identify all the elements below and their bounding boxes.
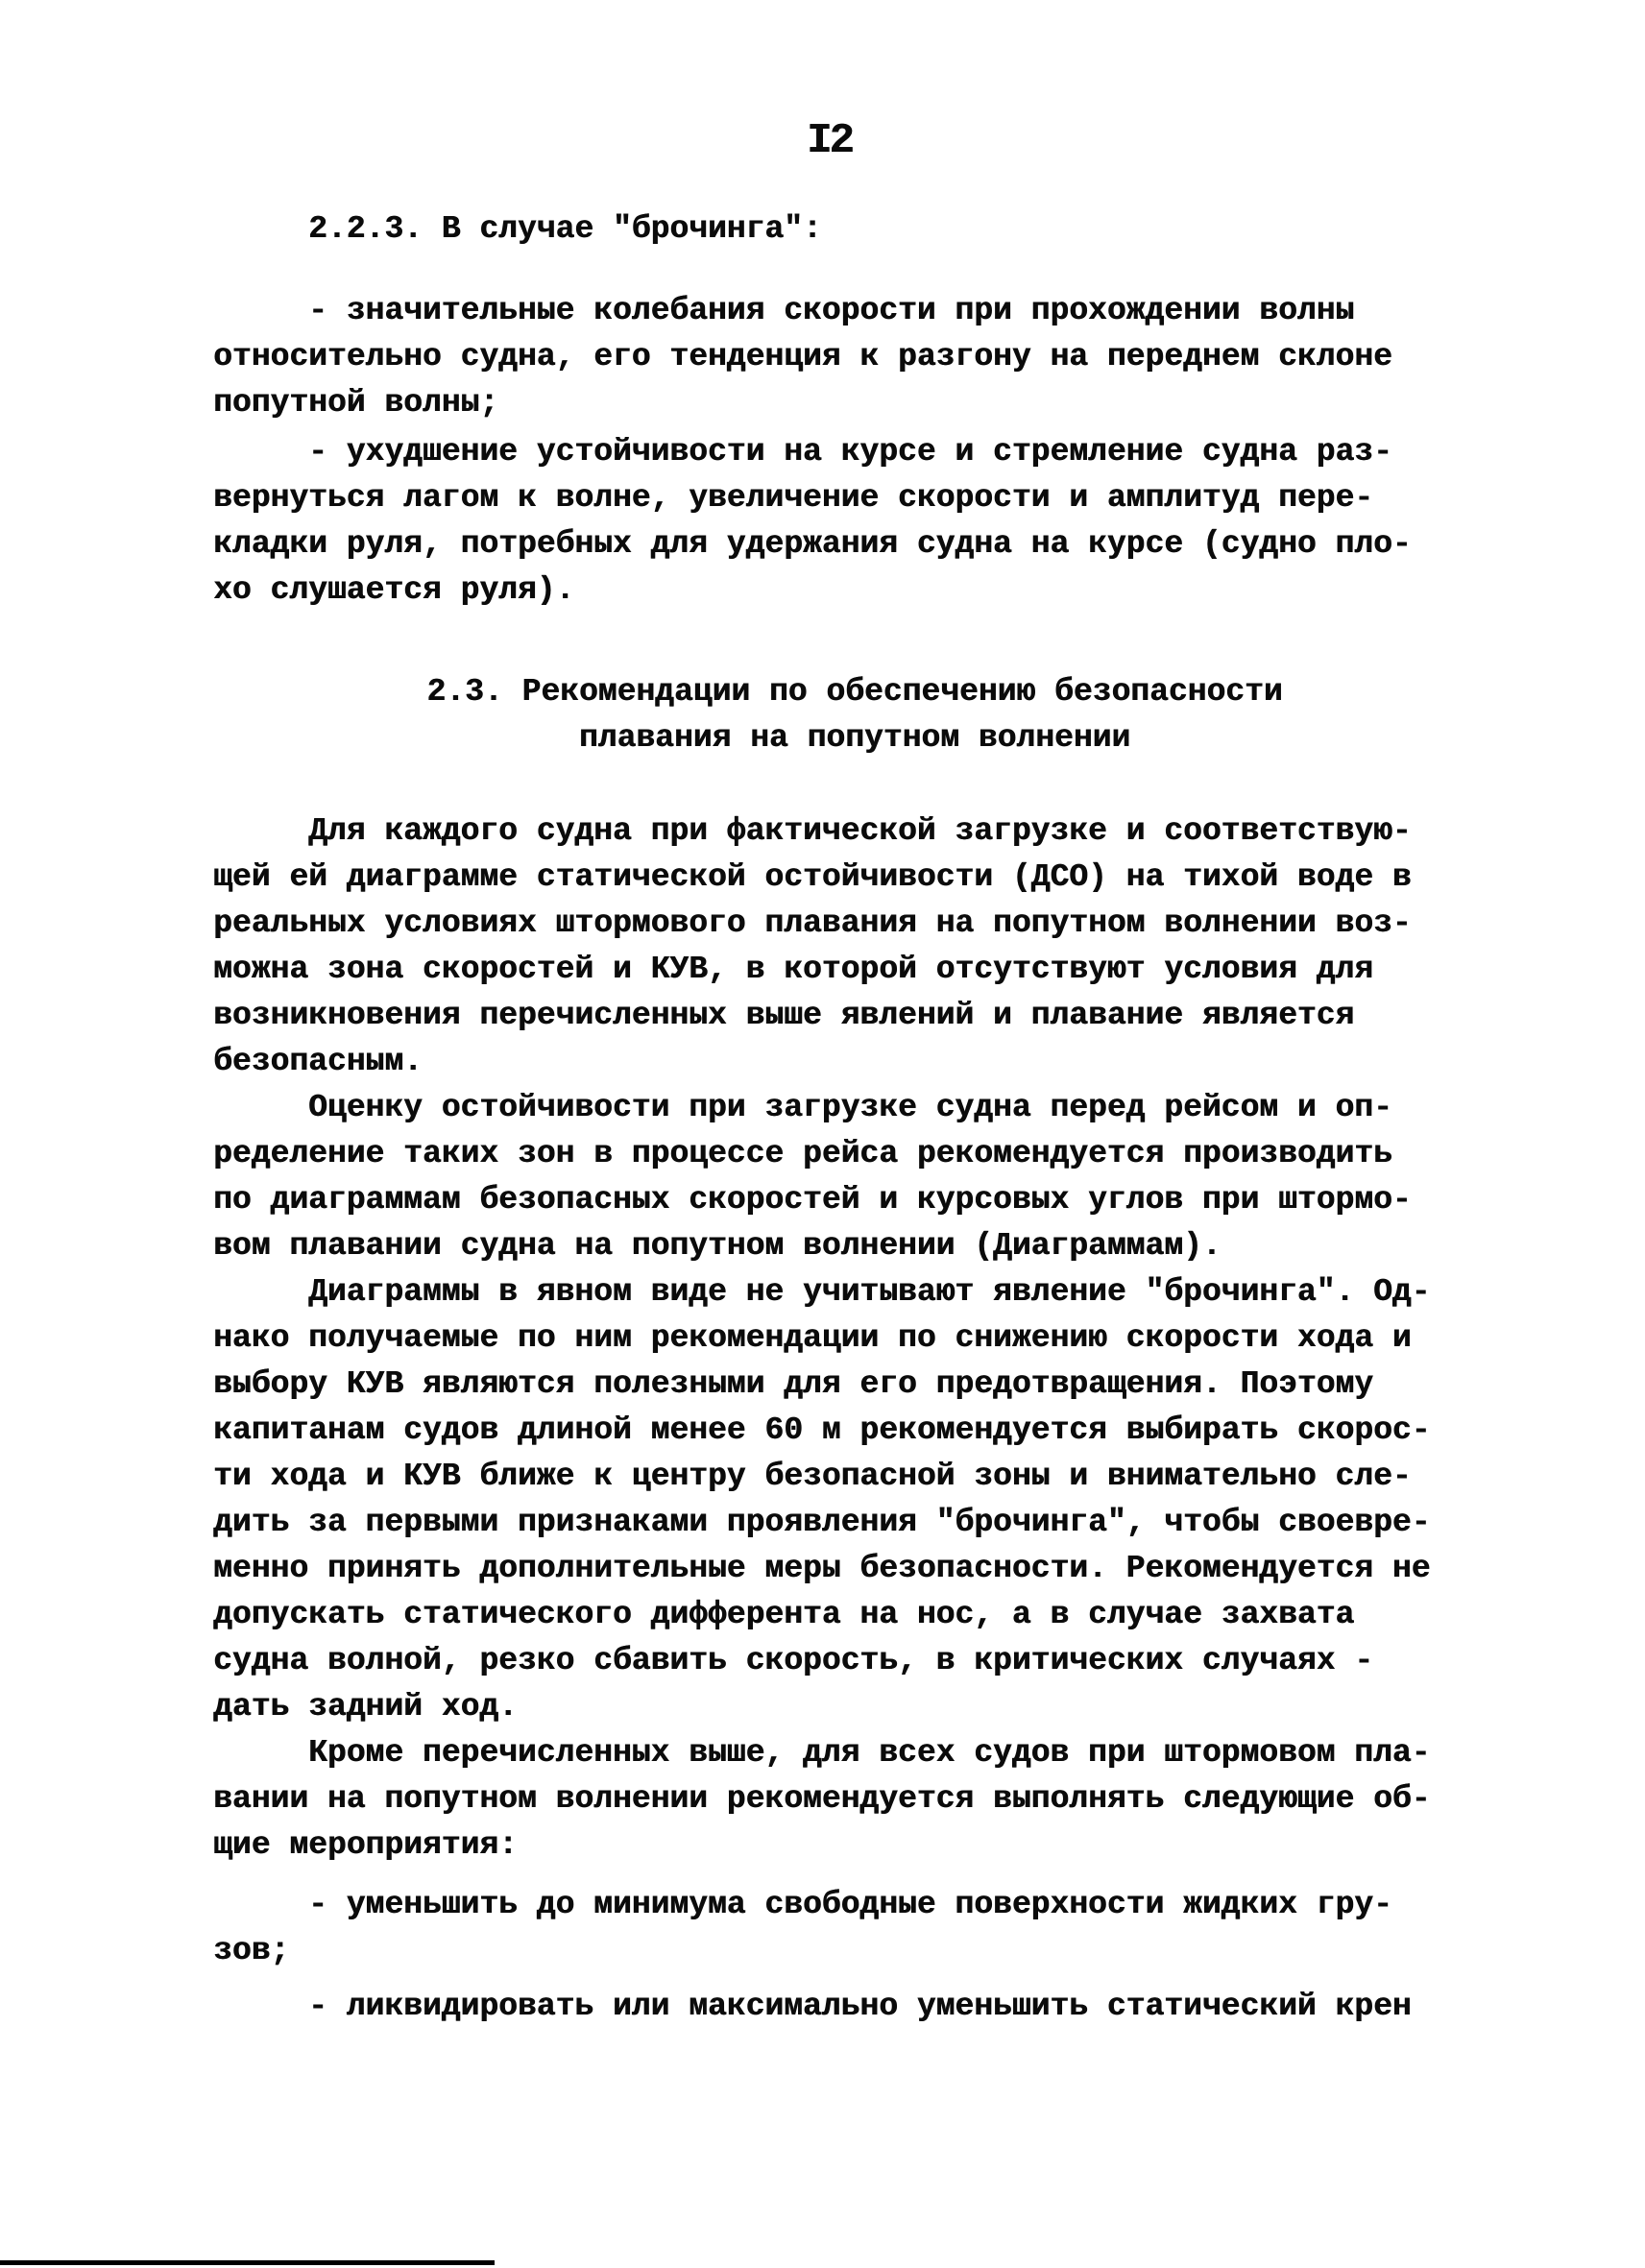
heading-2-3: 2.3. Рекомендации по обеспечению безопас… (213, 669, 1496, 761)
bullet-static-heel: - ликвидировать или максимально уменьшит… (213, 1984, 1496, 2030)
text-line: ределение таких зон в процессе рейса рек… (213, 1131, 1496, 1177)
text-line: по диаграммам безопасных скоростей и кур… (213, 1177, 1496, 1223)
text-line: Для каждого судна при фактической загруз… (213, 808, 1496, 855)
text-line: - ликвидировать или максимально уменьшит… (213, 1984, 1496, 2030)
text-line: дать задний ход. (213, 1684, 1496, 1730)
text-column: 2.2.3. В случае "брочинга":- значительны… (213, 206, 1496, 2030)
paragraph-general-measures-intro: Кроме перечисленных выше, для всех судов… (213, 1730, 1496, 1869)
text-line: выбору КУВ являются полезными для его пр… (213, 1362, 1496, 1408)
text-line: зов; (213, 1928, 1496, 1974)
text-line: - ухудшение устойчивости на курсе и стре… (213, 429, 1496, 475)
text-line: Оценку остойчивости при загрузке судна п… (213, 1085, 1496, 1131)
document-page: I2 2.2.3. В случае "брочинга":- значител… (0, 0, 1645, 2268)
text-line: нако получаемые по ним рекомендации по с… (213, 1315, 1496, 1362)
text-line: 2.3. Рекомендации по обеспечению безопас… (213, 669, 1496, 715)
text-line: попутной волны; (213, 380, 1496, 426)
page-number: I2 (807, 117, 852, 165)
text-line: хо слушается руля). (213, 567, 1496, 614)
text-line: вом плавании судна на попутном волнении … (213, 1223, 1496, 1269)
text-line: - уменьшить до минимума свободные поверх… (213, 1882, 1496, 1928)
bullet-free-surfaces: - уменьшить до минимума свободные поверх… (213, 1882, 1496, 1974)
text-line: капитанам судов длиной менее 60 м рекоме… (213, 1408, 1496, 1454)
scan-artifact-line (0, 2260, 495, 2265)
text-line: безопасным. (213, 1039, 1496, 1085)
text-line: возникновения перечисленных выше явлений… (213, 993, 1496, 1039)
bullet-speed-oscillations: - значительные колебания скорости при пр… (213, 288, 1496, 426)
text-line: Диаграммы в явном виде не учитывают явле… (213, 1269, 1496, 1315)
text-line: можна зона скоростей и КУВ, в которой от… (213, 947, 1496, 993)
text-line: судна волной, резко сбавить скорость, в … (213, 1638, 1496, 1684)
text-line: плавания на попутном волнении (213, 715, 1496, 761)
paragraph-stability-assessment: Оценку остойчивости при загрузке судна п… (213, 1085, 1496, 1269)
text-line: допускать статического дифферента на нос… (213, 1592, 1496, 1638)
bullet-course-stability: - ухудшение устойчивости на курсе и стре… (213, 429, 1496, 614)
text-line: кладки руля, потребных для удержания суд… (213, 521, 1496, 567)
text-line: - значительные колебания скорости при пр… (213, 288, 1496, 334)
heading-2-2-3: 2.2.3. В случае "брочинга": (213, 206, 1496, 253)
text-line: Кроме перечисленных выше, для всех судов… (213, 1730, 1496, 1776)
text-line: вании на попутном волнении рекомендуется… (213, 1776, 1496, 1822)
text-line: щие мероприятия: (213, 1822, 1496, 1869)
text-line: дить за первыми признаками проявления "б… (213, 1500, 1496, 1546)
text-line: ти хода и КУВ ближе к центру безопасной … (213, 1454, 1496, 1500)
text-line: менно принять дополнительные меры безопа… (213, 1546, 1496, 1592)
text-line: вернуться лагом к волне, увеличение скор… (213, 475, 1496, 521)
paragraph-safe-zone: Для каждого судна при фактической загруз… (213, 808, 1496, 1085)
paragraph-diagrams-broaching: Диаграммы в явном виде не учитывают явле… (213, 1269, 1496, 1730)
text-line: 2.2.3. В случае "брочинга": (213, 206, 1496, 253)
text-line: щей ей диаграмме статической остойчивост… (213, 855, 1496, 901)
text-line: относительно судна, его тенденция к разг… (213, 334, 1496, 380)
text-line: реальных условиях штормового плавания на… (213, 901, 1496, 947)
